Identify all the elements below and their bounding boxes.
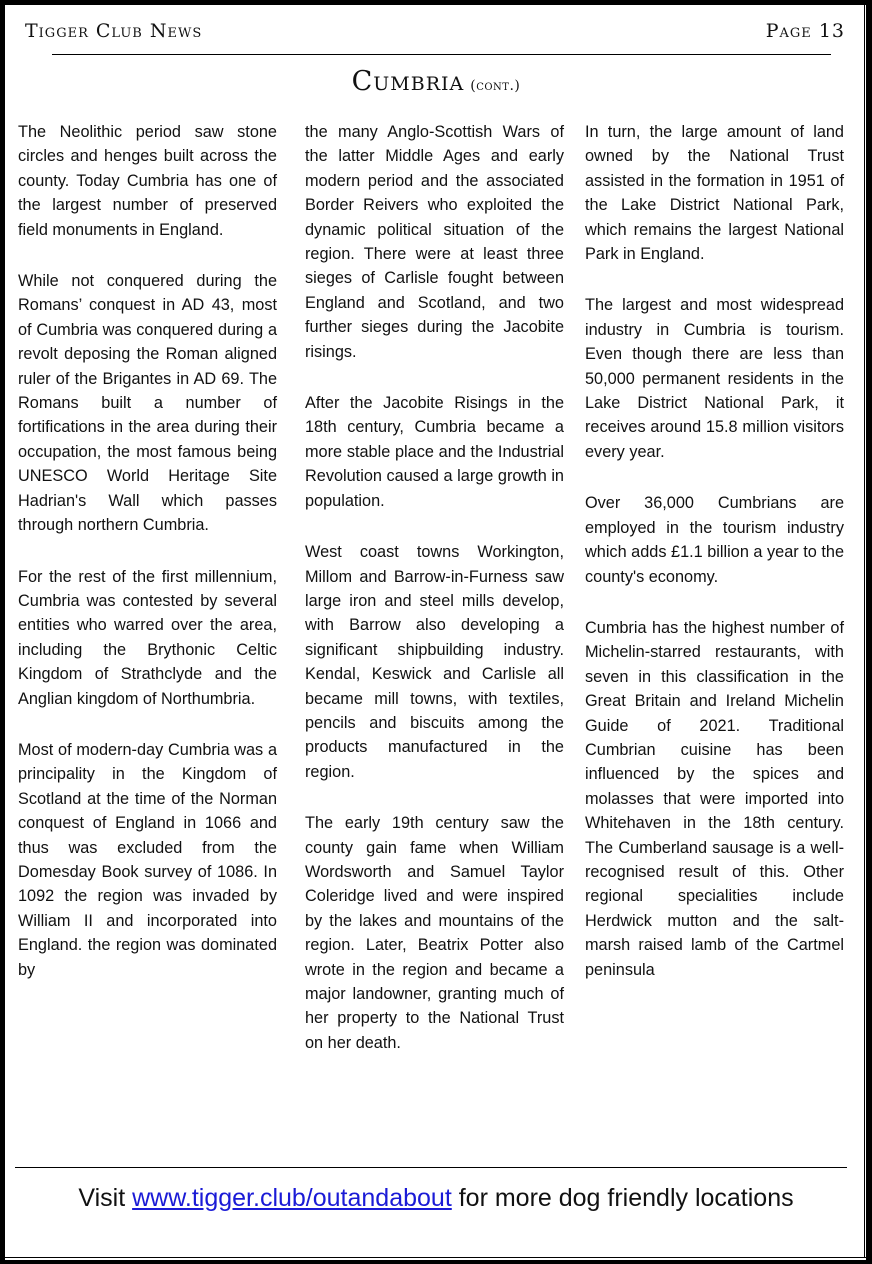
section-subtitle: (cont.)	[470, 78, 520, 94]
paragraph: Over 36,000 Cumbrians are employed in th…	[585, 491, 844, 589]
paragraph: The largest and most widespread industry…	[585, 293, 844, 464]
paragraph: Cumbria has the highest number of Michel…	[585, 616, 844, 982]
paragraph: While not conquered during the Romans’ c…	[18, 269, 277, 537]
paragraph: The early 19th century saw the county ga…	[305, 811, 564, 1055]
paragraph: The Neolithic period saw stone circles a…	[18, 120, 277, 242]
footer-divider	[15, 1167, 847, 1168]
paragraph: the many Anglo-Scottish Wars of the latt…	[305, 120, 564, 364]
page-border-left	[0, 0, 5, 1264]
page-border-top	[0, 0, 872, 5]
article-column-2: the many Anglo-Scottish Wars of the latt…	[305, 120, 564, 1082]
page-border-right	[866, 0, 872, 1264]
paragraph: In turn, the large amount of land owned …	[585, 120, 844, 266]
page-header: Tigger Club News Page 13	[25, 20, 845, 46]
page-number: Page 13	[766, 20, 845, 42]
paragraph: Most of modern-day Cumbria was a princip…	[18, 738, 277, 982]
article-column-1: The Neolithic period saw stone circles a…	[18, 120, 277, 1009]
page-border-bottom-inner	[0, 1257, 866, 1258]
paragraph: For the rest of the first millennium, Cu…	[18, 565, 277, 711]
paragraph: West coast towns Workington, Millom and …	[305, 540, 564, 784]
paragraph: After the Jacobite Risings in the 18th c…	[305, 391, 564, 513]
footer: Visit www.tigger.club/outandabout for mo…	[0, 1184, 872, 1213]
section-title: Cumbria	[352, 66, 465, 97]
footer-prefix: Visit	[78, 1184, 132, 1212]
publication-title: Tigger Club News	[25, 20, 202, 42]
outandabout-link[interactable]: www.tigger.club/outandabout	[132, 1184, 452, 1212]
footer-suffix: for more dog friendly locations	[452, 1184, 794, 1212]
section-heading: Cumbria(cont.)	[0, 66, 872, 97]
article-column-3: In turn, the large amount of land owned …	[585, 120, 844, 1009]
header-divider	[52, 54, 831, 55]
page-border-right-inner	[864, 5, 865, 1257]
page-border-bottom	[0, 1260, 872, 1264]
